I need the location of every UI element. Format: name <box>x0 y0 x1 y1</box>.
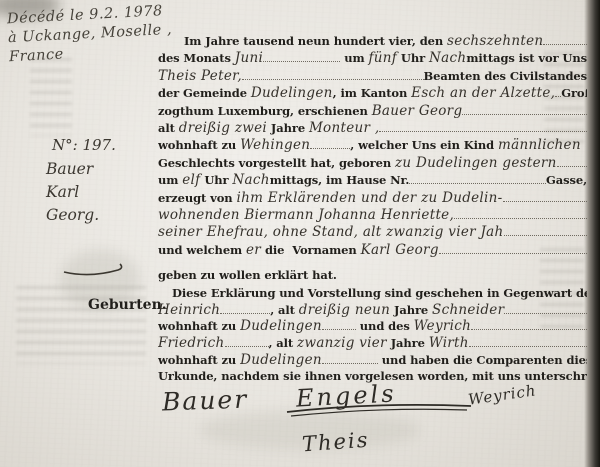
handwritten-witness1-forename: Heinrich <box>158 302 220 318</box>
printed-text: Geschlechts vorgestellt hat, geboren <box>158 156 395 170</box>
dotted-rule <box>322 318 356 330</box>
dotted-rule <box>462 103 587 115</box>
printed-text: Im Jahre tausend neun hundert vier, den <box>184 34 447 48</box>
handwritten-text: Nach <box>232 172 269 188</box>
printed-text: Uhr <box>397 51 429 65</box>
act-line-5: zogthum Luxemburg, erschienen Bauer Geor… <box>158 103 587 120</box>
handwritten-witness2-forename: Friedrich <box>158 335 225 351</box>
handwritten-commune: Dudelingen <box>251 85 333 101</box>
printed-text: , im Kanton <box>333 86 412 100</box>
handwritten-witness1-age: dreißig neun <box>299 302 390 318</box>
handwritten-age: dreißig zwei <box>179 120 267 136</box>
act-line-14: geben zu wollen erklärt hat. <box>158 268 587 285</box>
printed-text: des Monats <box>158 51 235 65</box>
printed-text: wohnhaft zu <box>158 138 240 152</box>
signature-witness1: Engels <box>295 379 397 412</box>
handwritten-witness2-residence: Dudelingen <box>240 352 322 368</box>
signature-declarant: Bauer <box>162 385 249 417</box>
act-line-13: und welchem er die Vornamen Karl Georg <box>158 242 587 259</box>
printed-text: Gasse, <box>546 173 587 187</box>
act-line-18: Friedrich , alt zwanzig vier Jahre Wirth <box>158 335 587 352</box>
margin-child-name: Bauer Karl Georg. <box>46 158 99 227</box>
margin-name-line: Georg. <box>46 204 99 227</box>
printed-text: um <box>340 51 368 65</box>
signature-official: Theis <box>301 428 370 457</box>
handwritten-text: er <box>246 242 261 258</box>
printed-text: Uhr <box>200 173 232 187</box>
printed-text: Jahre <box>387 336 429 350</box>
act-line-17: wohnhaft zu Dudelingen und des Weyrich <box>158 318 587 335</box>
act-line-4: der Gemeinde Dudelingen , im Kanton Esch… <box>158 85 587 102</box>
handwritten-hour: fünf <box>368 50 397 66</box>
act-body: Im Jahre tausend neun hundert vier, den … <box>158 33 587 386</box>
handwritten-month: Juni <box>235 50 263 66</box>
act-line-7: wohnhaft zu Wehingen , welcher Uns ein K… <box>158 137 587 154</box>
printed-text: um <box>158 173 182 187</box>
margin-name-line: Bauer <box>46 158 99 181</box>
handwritten-witness1-profession: Schneider <box>432 302 504 318</box>
printed-text: mittags ist vor Uns <box>466 51 587 65</box>
printed-text: die Vornamen <box>261 243 361 257</box>
printed-text: Diese Erklärung und Vorstellung sind ges… <box>172 286 587 300</box>
handwritten-child-forenames: Karl Georg <box>361 242 439 258</box>
printed-text: Jahre <box>267 121 309 135</box>
dotted-rule <box>225 335 269 347</box>
handwritten-witness2-age: zwanzig vier <box>297 335 387 351</box>
handwritten-official-name: Theis Peter, <box>158 68 242 84</box>
printed-text: wohnhaft zu <box>158 353 240 367</box>
printed-text: , alt <box>269 336 298 350</box>
section-label-geburten: Geburten. <box>88 297 167 313</box>
handwritten-residence: Wehingen <box>240 137 310 153</box>
handwritten-parents: ihm Erklärenden und der zu Dudelin- <box>236 190 502 206</box>
handwritten-witness1-residence: Dudelingen <box>240 318 322 334</box>
handwritten-day: sechszehnten <box>447 33 543 49</box>
act-line-2: des Monats Juni um fünf Uhr Nach mittags… <box>158 50 587 67</box>
printed-text: , alt <box>270 303 299 317</box>
handwritten-canton: Esch an der Alzette, <box>411 85 555 101</box>
dotted-rule <box>543 33 587 45</box>
handwritten-birthplace: zu Dudelingen gestern <box>395 155 557 171</box>
margin-name-line: Karl <box>46 181 99 204</box>
printed-text: mittags, im Hause Nr. <box>270 173 410 187</box>
act-line-10: erzeugt von ihm Erklärenden und der zu D… <box>158 190 587 207</box>
act-line-6: alt dreißig zwei Jahre Monteur , <box>158 120 587 137</box>
dotted-rule <box>322 352 378 364</box>
printed-text: alt <box>158 121 179 135</box>
handwritten-witness2-surname: Weyrich <box>414 318 472 334</box>
act-number: N°: 197. <box>52 136 116 154</box>
handwritten-text: Nach <box>429 50 466 66</box>
handwritten-witness2-profession: Wirth <box>429 335 469 351</box>
dotted-rule <box>379 120 587 132</box>
dotted-rule <box>310 137 350 149</box>
printed-text: und welchem <box>158 243 246 257</box>
printed-text: Jahre <box>390 303 432 317</box>
act-line-3: Theis Peter, Beamten des Civilstandes <box>158 68 587 85</box>
dotted-rule <box>263 50 340 62</box>
dotted-rule <box>503 190 587 202</box>
printed-text: , welcher Uns ein Kind <box>350 138 498 152</box>
dotted-rule <box>469 335 587 347</box>
dotted-rule <box>220 302 270 314</box>
handwritten-profession: Monteur , <box>309 120 380 136</box>
dotted-rule <box>242 68 424 80</box>
act-line-16: Heinrich , alt dreißig neun Jahre Schnei… <box>158 302 587 319</box>
act-line-15: Diese Erklärung und Vorstellung sind ges… <box>158 285 587 302</box>
dotted-rule <box>409 172 546 184</box>
act-line-1: Im Jahre tausend neun hundert vier, den … <box>158 33 587 50</box>
bleedthrough-text-left <box>30 58 72 136</box>
handwritten-mother-name: wohnenden Biermann Johanna Henriette, <box>158 207 454 223</box>
dotted-rule <box>504 224 587 236</box>
printed-text: und haben die Comparenten diese <box>378 353 587 367</box>
dotted-rule <box>504 302 587 314</box>
act-line-11: wohnenden Biermann Johanna Henriette, <box>158 207 587 224</box>
printed-text: Großher- <box>561 86 587 100</box>
pen-flourish <box>60 242 130 282</box>
handwritten-mother-details: seiner Ehefrau, ohne Stand, alt zwanzig … <box>158 224 504 240</box>
dotted-rule <box>471 318 587 330</box>
act-closing-paragraph: geben zu wollen erklärt hat. Diese Erklä… <box>158 268 587 386</box>
dotted-rule <box>454 207 587 219</box>
handwritten-birth-hour: elf <box>182 172 200 188</box>
printed-text: wohnhaft zu <box>158 319 240 333</box>
printed-text: der Gemeinde <box>158 86 251 100</box>
act-line-8: Geschlechts vorgestellt hat, geboren zu … <box>158 155 587 172</box>
printed-text: erzeugt von <box>158 191 236 205</box>
handwritten-declarant-name: Bauer Georg <box>372 103 463 119</box>
dotted-rule <box>557 155 587 167</box>
printed-text: geben zu wollen erklärt hat. <box>158 268 337 282</box>
printed-text: zogthum Luxemburg, erschienen <box>158 104 372 118</box>
handwritten-sex: männlichen <box>498 137 581 153</box>
scanned-birth-record: Décédé le 9.2. 1978 à Uckange, Moselle ,… <box>0 0 600 467</box>
act-line-19: wohnhaft zu Dudelingen und haben die Com… <box>158 352 587 369</box>
printed-text: Beamten des Civilstandes <box>424 69 587 83</box>
death-annotation: Décédé le 9.2. 1978 à Uckange, Moselle ,… <box>7 2 174 68</box>
act-line-9: um elf Uhr Nach mittags, im Hause Nr. Ga… <box>158 172 587 189</box>
printed-text: und des <box>356 319 414 333</box>
dotted-rule <box>439 242 587 254</box>
act-line-12: seiner Ehefrau, ohne Stand, alt zwanzig … <box>158 224 587 241</box>
